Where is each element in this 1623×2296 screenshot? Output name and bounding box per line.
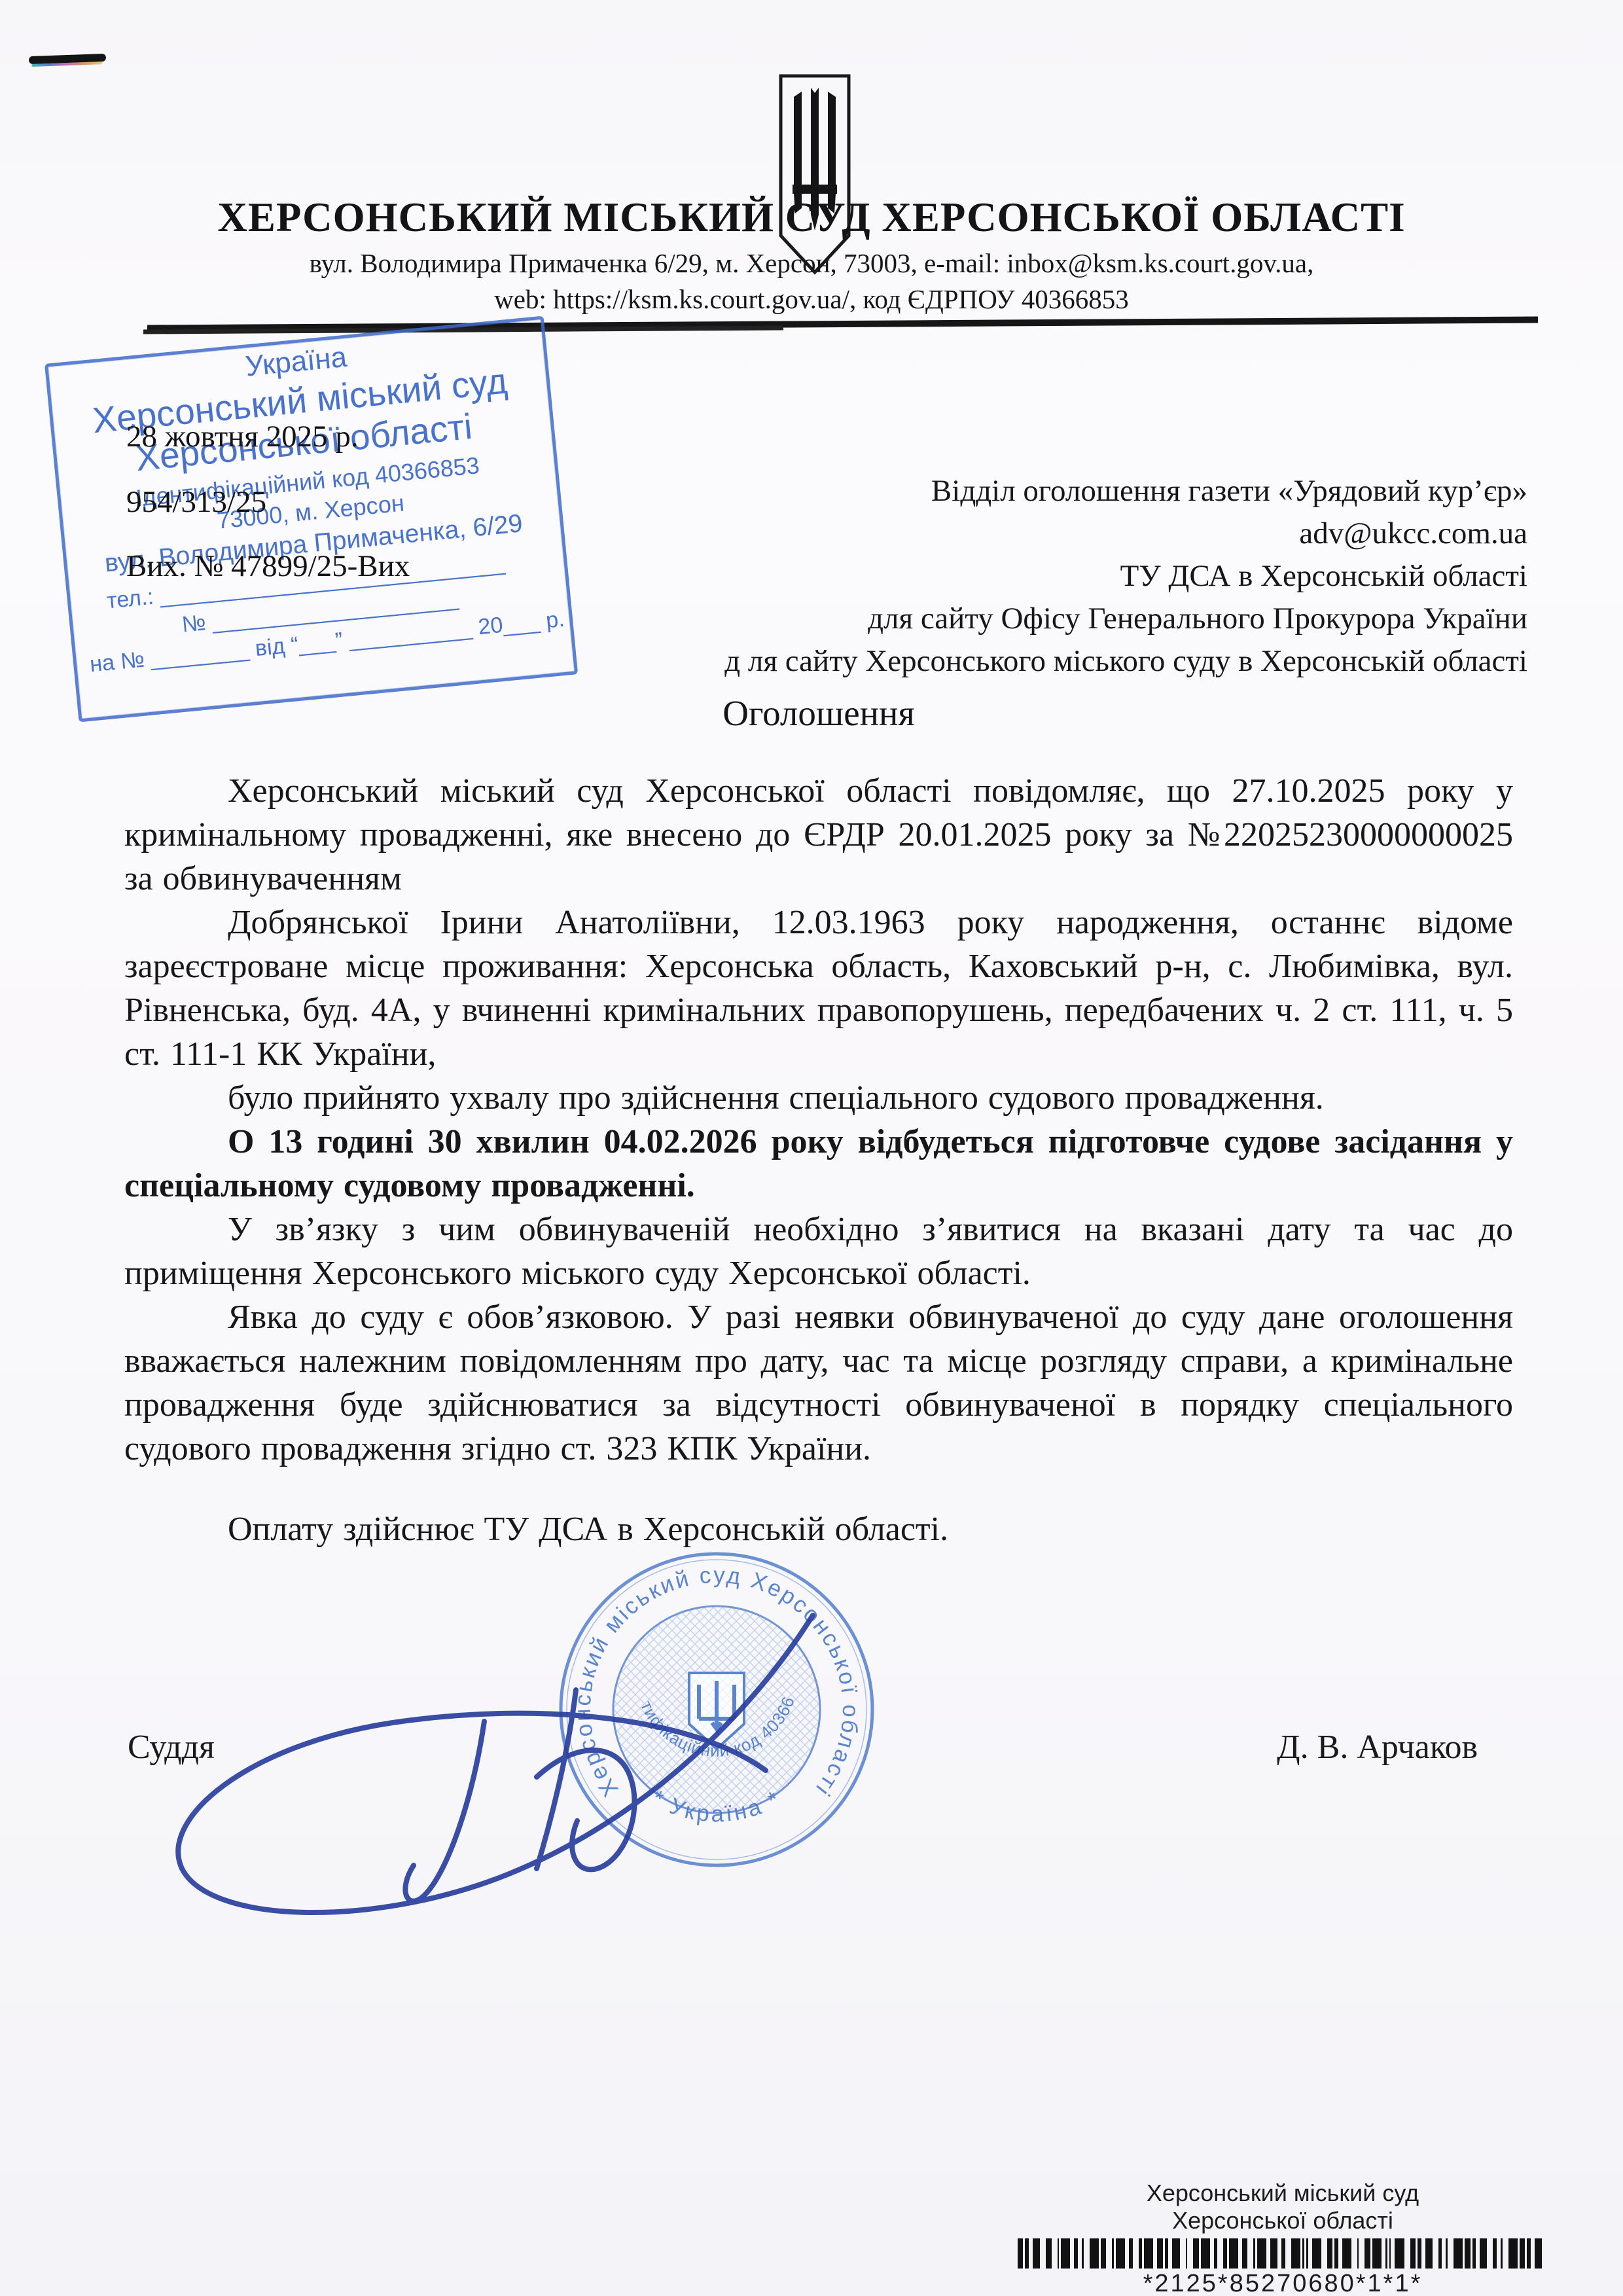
typed-case-number: 954/313/25 — [126, 484, 266, 520]
recipient-line: adv@ukcc.com.ua — [724, 512, 1527, 555]
scanned-document-page: ХЕРСОНСЬКИЙ МІСЬКИЙ СУД ХЕРСОНСЬКОЇ ОБЛА… — [0, 0, 1623, 2296]
announcement-paragraph: О 13 годині 30 хвилин 04.02.2026 року ві… — [124, 1120, 1513, 1208]
footer-court-line1: Херсонський міський суд — [1018, 2179, 1548, 2207]
recipient-line: д ля сайту Херсонського міського суду в … — [724, 640, 1527, 683]
signer-name: Д. В. Арчаков — [1277, 1728, 1478, 1767]
announcement-paragraph: було прийнято ухвалу про здійснення спец… — [124, 1076, 1513, 1120]
court-round-seal: Херсонський міський суд Херсонської обла… — [118, 1525, 1001, 1957]
court-address-line: вул. Володимира Примаченка 6/29, м. Херс… — [0, 247, 1623, 279]
recipients-block: Відділ оголошення газети «Урядовий кур’є… — [724, 470, 1527, 683]
corner-registration-stamp: Україна Херсонський міський суд Херсонсь… — [45, 316, 578, 723]
announcement-paragraph: Херсонський міський суд Херсонської обла… — [124, 769, 1513, 901]
announcement-section: Оголошення Херсонський міський суд Херсо… — [124, 692, 1513, 1551]
announcement-paragraph: Явка до суду є обов’язковою. У разі неяв… — [124, 1295, 1513, 1471]
signer-role: Суддя — [128, 1728, 215, 1767]
typed-date: 28 жовтня 2025 р. — [126, 419, 359, 454]
court-name-title: ХЕРСОНСЬКИЙ МІСЬКИЙ СУД ХЕРСОНСЬКОЇ ОБЛА… — [0, 194, 1623, 242]
recipient-line: для сайту Офісу Генерального Прокурора У… — [724, 598, 1527, 640]
announcement-body: Херсонський міський суд Херсонської обла… — [124, 769, 1513, 1551]
announcement-paragraph: Добрянської Ірини Анатоліївни, 12.03.196… — [124, 901, 1513, 1076]
announcement-title: Оголошення — [124, 692, 1513, 734]
footer-barcode-block: Херсонський міський суд Херсонської обла… — [1018, 2179, 1548, 2296]
recipient-line: ТУ ДСА в Херсонській області — [724, 555, 1527, 598]
barcode — [1018, 2238, 1548, 2269]
header-divider-rule — [147, 317, 1538, 332]
staple-scan-artifact — [29, 54, 106, 64]
announcement-paragraph: У зв’язку з чим обвинуваченій необхідно … — [124, 1208, 1513, 1295]
typed-outgoing-number: Вих. № 47899/25-Вих — [126, 548, 410, 584]
footer-court-line2: Херсонської області — [1018, 2207, 1548, 2234]
barcode-value: *2125*85270680*1*1* — [1018, 2270, 1548, 2296]
court-web-line: web: https://ksm.ks.court.gov.ua/, код Є… — [0, 283, 1623, 315]
recipient-line: Відділ оголошення газети «Урядовий кур’є… — [724, 470, 1527, 512]
